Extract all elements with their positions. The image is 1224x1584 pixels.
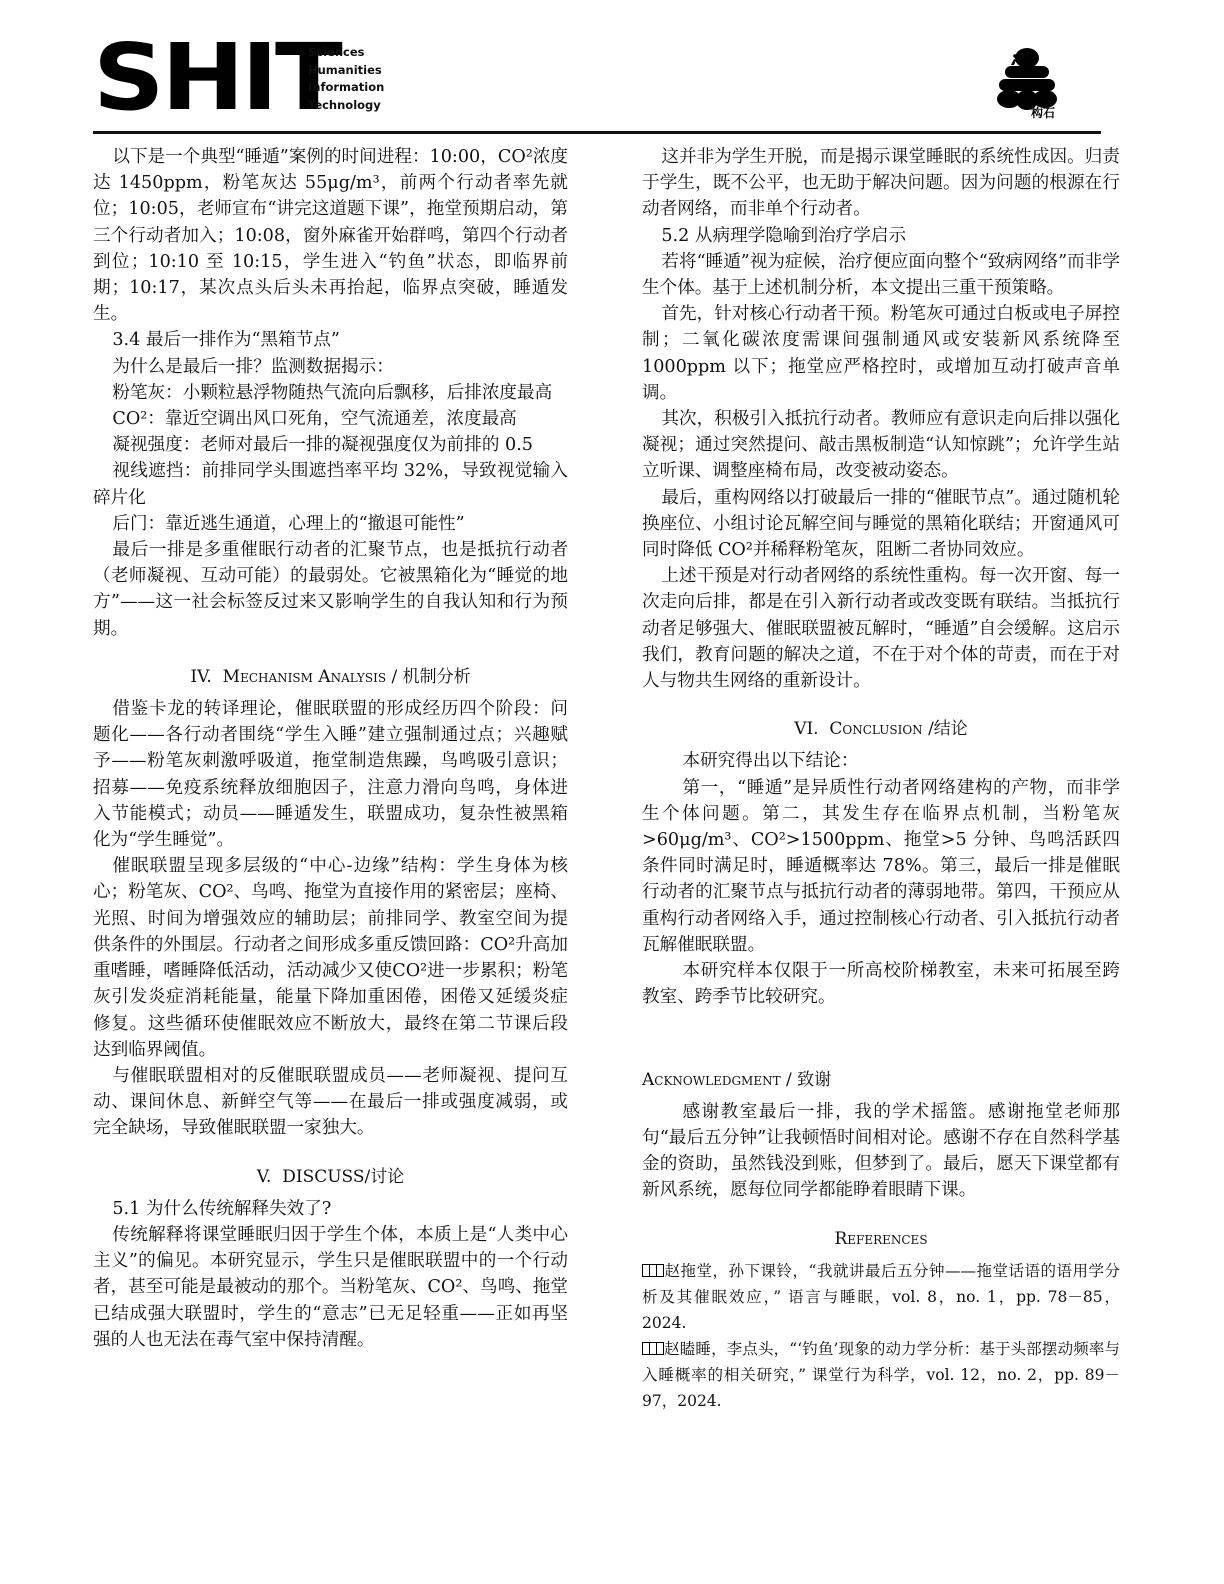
paragraph-layers: 催眠联盟呈现多层级的“中心-边缘”结构：学生身体为核心；粉笔灰、CO²、鸟鸣、拖… — [93, 853, 568, 1063]
paragraph-not-excuse: 这并非为学生开脱，而是揭示课堂睡眠的系统性成因。归责于学生，既不公平，也无助于解… — [642, 144, 1120, 223]
paragraph-summary: 上述干预是对行动者网络的系统性重构。每一次开窗、每一次走向后排，都是在引入新行动… — [642, 563, 1120, 694]
paragraph-traditional: 传统解释将课堂睡眠归因于学生个体，本质上是“人类中心主义”的偏见。本研究显示，学… — [93, 1222, 568, 1353]
paragraph-anti-alliance: 与催眠联盟相对的反催眠联盟成员——老师凝视、提问互动、课间休息、新鲜空气等——在… — [93, 1063, 568, 1142]
section-title: Conclusion — [829, 719, 922, 739]
paragraph-acknowledgment: 感谢教室最后一排，我的学术摇篮。感谢拖堂老师那句“最后五分钟”让我顿悟时间相对论… — [642, 1099, 1120, 1204]
section-title: Mechanism Analysis — [223, 667, 386, 687]
paragraph-chalk: 粉笔灰：小颗粒悬浮物随热气流向后飘移，后排浓度最高 — [93, 380, 568, 406]
references-heading: References — [642, 1226, 1120, 1252]
subsection-3-4: 3.4 最后一排作为“黑箱节点” — [93, 327, 568, 353]
section-heading-5: V. DISCUSS/讨论 — [93, 1164, 568, 1190]
paragraph-co2: CO²：靠近空调出风口死角，空气流通差，浓度最高 — [93, 406, 568, 432]
acknowledgment-heading: Acknowledgment / 致谢 — [642, 1067, 1120, 1093]
section-heading-6: VI. Conclusion /结论 — [642, 716, 1120, 742]
journal-header: SHIT Sciences Humanities Information Tec… — [93, 40, 1103, 130]
paragraph-callon: 借鉴卡龙的转译理论，催眠联盟的形成经历四个阶段：问题化——各行动者围绕“学生入睡… — [93, 696, 568, 853]
left-column: 以下是一个典型“睡遁”案例的时间进程：10:00，CO²浓度达 1450ppm，… — [93, 144, 568, 1353]
paragraph-timeline: 以下是一个典型“睡遁”案例的时间进程：10:00，CO²浓度达 1450ppm，… — [93, 144, 568, 327]
paragraph-first: 首先，针对核心行动者干预。粉笔灰可通过白板或电子屏控制；二氧化碳浓度需课间强制通… — [642, 301, 1120, 406]
paragraph-conclusion-intro: 本研究得出以下结论： — [642, 748, 1120, 774]
reference-item: 赵瞌睡，李点头，“‘钓鱼’现象的动力学分析：基于头部摆动频率与入睡概率的相关研究… — [642, 1336, 1120, 1414]
logo-line-humanities: Humanities — [308, 62, 384, 80]
paragraph-last: 最后，重构网络以打破最后一排的“催眠节点”。通过随机轮换座位、小组讨论瓦解空间与… — [642, 485, 1120, 564]
paragraph-backdoor: 后门：靠近逃生通道，心理上的“撤退可能性” — [93, 511, 568, 537]
paragraph-node: 最后一排是多重催眠行动者的汇聚节点，也是抵抗行动者（老师凝视、互动可能）的最弱处… — [93, 537, 568, 642]
section-title: DISCUSS/讨论 — [282, 1167, 404, 1187]
paragraph-symptom: 若将“睡遁”视为症候，治疗便应面向整个“致病网络”而非学生个体。基于上述机制分析… — [642, 249, 1120, 301]
reference-text: 赵拖堂，孙下课铃，“我就讲最后五分钟——拖堂话语的语用学分析及其催眠效应，” 语… — [642, 1262, 1120, 1332]
header-divider — [93, 131, 1101, 134]
logo-line-sciences: Sciences — [308, 44, 384, 62]
journal-logo-subtitle: Sciences Humanities Information Technolo… — [308, 44, 384, 114]
section-title-cn: /结论 — [923, 719, 968, 739]
paragraph-why-last-row: 为什么是最后一排？监测数据揭示： — [93, 354, 568, 380]
ack-title: Acknowledgment — [642, 1070, 781, 1090]
right-column: 这并非为学生开脱，而是揭示课堂睡眠的系统性成因。归责于学生，既不公平，也无助于解… — [642, 144, 1120, 1414]
paragraph-sight: 视线遮挡：前排同学头围遮挡率平均 32%，导致视觉输入碎片化 — [93, 458, 568, 510]
paragraph-conclusion-main: 第一，“睡遁”是异质性行动者网络建构的产物，而非学生个体问题。第二，其发生存在临… — [642, 775, 1120, 958]
section-title-cn: / 机制分析 — [386, 667, 471, 687]
reference-text: 赵瞌睡，李点头，“‘钓鱼’现象的动力学分析：基于头部摆动频率与入睡概率的相关研究… — [642, 1340, 1120, 1410]
journal-logo: SHIT — [93, 40, 340, 116]
section-number: V. — [257, 1167, 272, 1187]
logo-line-information: Information — [308, 79, 384, 97]
logo-line-technology: Technology — [308, 97, 384, 115]
paragraph-conclusion-limit: 本研究样本仅限于一所高校阶梯教室，未来可拓展至跨教室、跨季节比较研究。 — [642, 958, 1120, 1010]
paragraph-second: 其次，积极引入抵抗行动者。教师应有意识走向后排以强化凝视；通过突然提问、敲击黑板… — [642, 406, 1120, 485]
subsection-5-2: 5.2 从病理学隐喻到治疗学启示 — [642, 223, 1120, 249]
section-heading-4: IV. Mechanism Analysis / 机制分析 — [93, 664, 568, 690]
missing-glyph-icon — [642, 1264, 664, 1277]
section-number: IV. — [190, 667, 211, 687]
rock-logo-label: 构石 — [1031, 104, 1055, 121]
reference-item: 赵拖堂，孙下课铃，“我就讲最后五分钟——拖堂话语的语用学分析及其催眠效应，” 语… — [642, 1258, 1120, 1336]
paragraph-gaze: 凝视强度：老师对最后一排的凝视强度仅为前排的 0.5 — [93, 432, 568, 458]
missing-glyph-icon — [642, 1342, 664, 1355]
section-number: VI. — [794, 719, 818, 739]
ack-title-cn: / 致谢 — [781, 1070, 832, 1090]
subsection-5-1: 5.1 为什么传统解释失效了? — [93, 1196, 568, 1222]
